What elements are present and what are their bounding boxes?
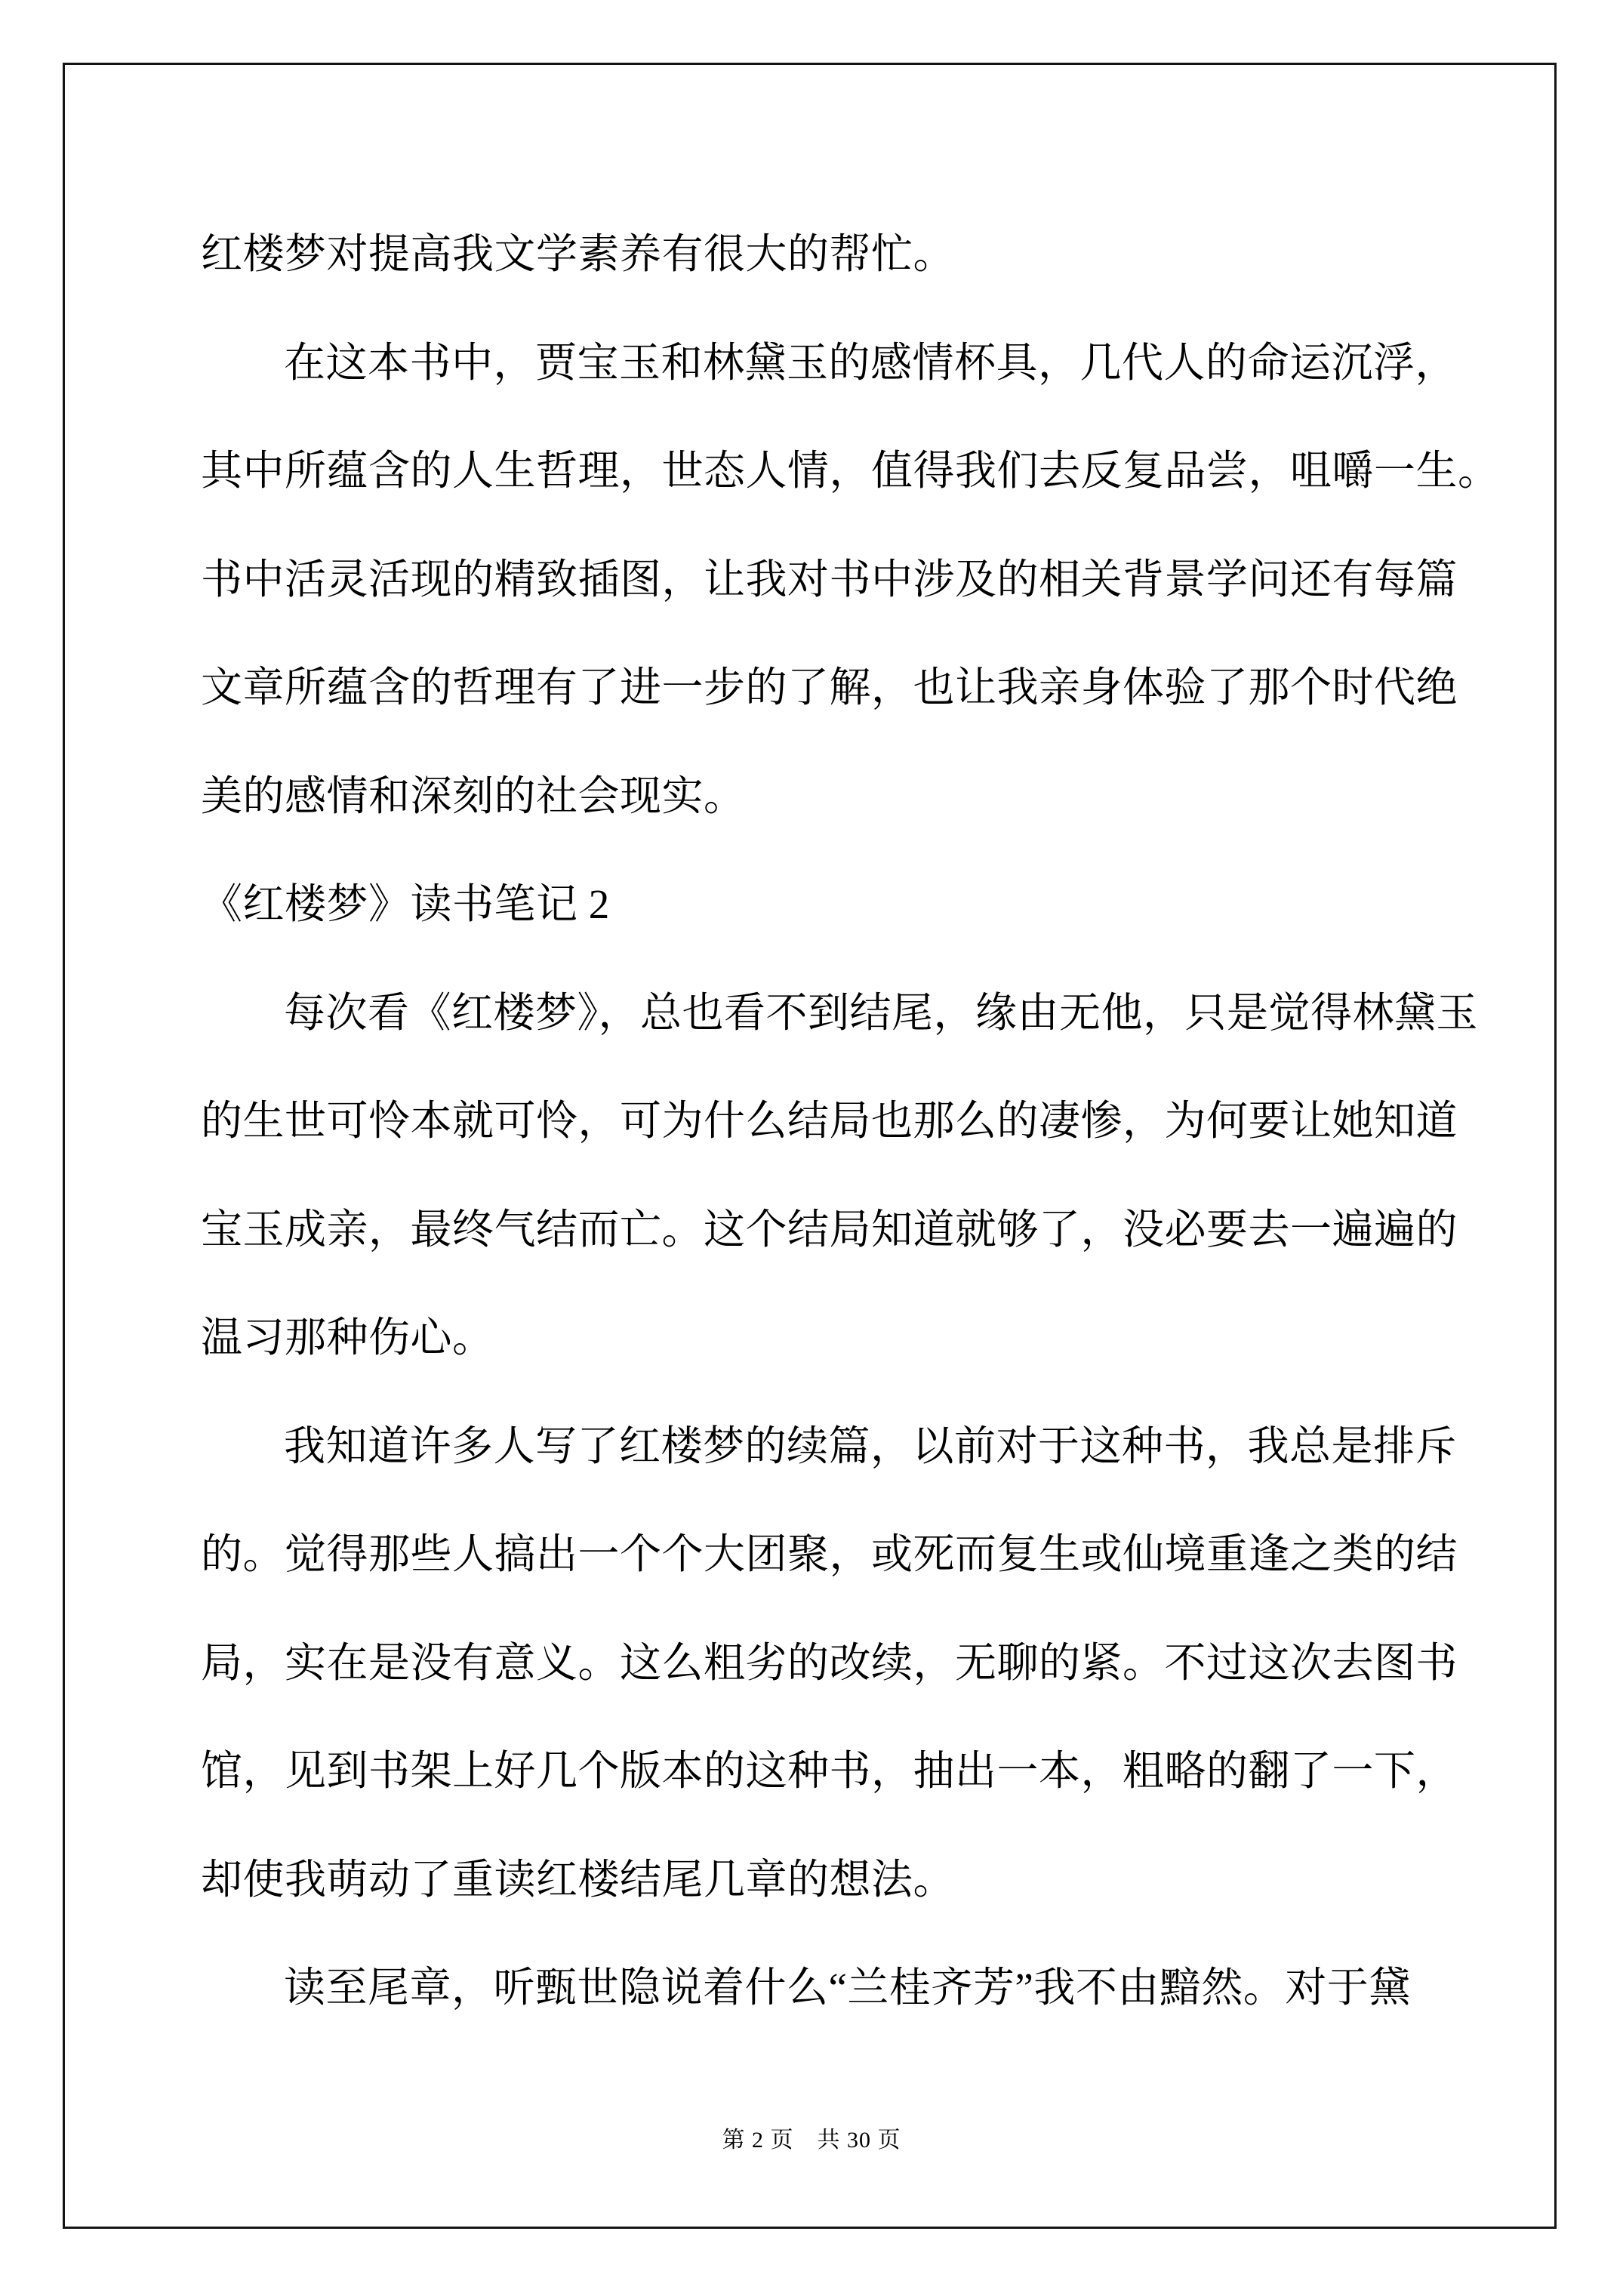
text-line: 读至尾章，听甄世隐说着什么“兰桂齐芳”我不由黯然。对于黛: [201, 1934, 1463, 2042]
text-line: 却使我萌动了重读红楼结尾几章的想法。: [201, 1826, 1463, 1934]
document-page: 红楼梦对提高我文学素养有很大的帮忙。在这本书中，贾宝玉和林黛玉的感情杯具，几代人…: [0, 0, 1623, 2296]
text-line: 红楼梦对提高我文学素养有很大的帮忙。: [201, 200, 1463, 309]
page-number-label: 第 2 页 共 30 页: [722, 2128, 901, 2153]
text-line: 的生世可怜本就可怜，可为什么结局也那么的凄惨，为何要让她知道: [201, 1067, 1463, 1176]
text-line: 在这本书中，贾宝玉和林黛玉的感情杯具，几代人的命运沉浮，: [201, 309, 1463, 418]
text-line: 局，实在是没有意义。这么粗劣的改续，无聊的紧。不过这次去图书: [201, 1609, 1463, 1718]
text-line: 《红楼梦》读书笔记 2: [201, 850, 1463, 959]
text-line: 每次看《红楼梦》，总也看不到结尾，缘由无他，只是觉得林黛玉: [201, 959, 1463, 1068]
text-line: 温习那种伤心。: [201, 1284, 1463, 1392]
text-line: 书中活灵活现的精致插图，让我对书中涉及的相关背景学问还有每篇: [201, 525, 1463, 634]
page-footer: 第 2 页 共 30 页: [0, 2124, 1623, 2157]
text-line: 馆，见到书架上好几个版本的这种书，抽出一本，粗略的翻了一下，: [201, 1717, 1463, 1826]
text-line: 文章所蕴含的哲理有了进一步的了解，也让我亲身体验了那个时代绝: [201, 633, 1463, 742]
text-line: 的。觉得那些人搞出一个个大团聚，或死而复生或仙境重逢之类的结: [201, 1500, 1463, 1609]
text-line: 宝玉成亲，最终气结而亡。这个结局知道就够了，没必要去一遍遍的: [201, 1176, 1463, 1284]
text-line: 其中所蕴含的人生哲理，世态人情，值得我们去反复品尝，咀嚼一生。: [201, 417, 1463, 525]
text-line: 我知道许多人写了红楼梦的续篇，以前对于这种书，我总是排斥: [201, 1392, 1463, 1501]
text-line: 美的感情和深刻的社会现实。: [201, 742, 1463, 851]
document-body: 红楼梦对提高我文学素养有很大的帮忙。在这本书中，贾宝玉和林黛玉的感情杯具，几代人…: [201, 200, 1463, 2042]
